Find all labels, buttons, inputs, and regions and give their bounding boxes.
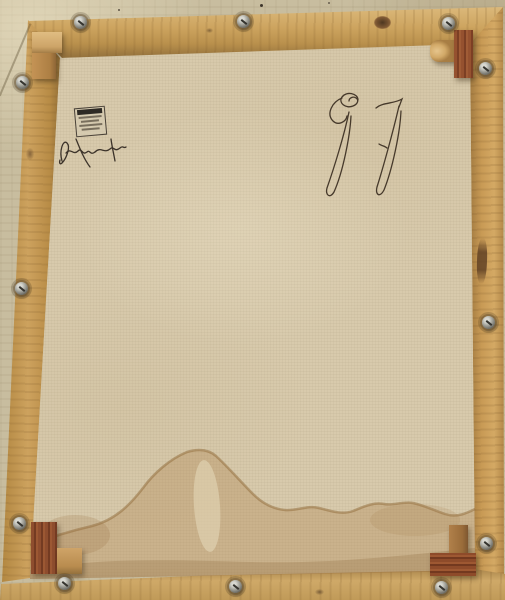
canvas-verso	[0, 0, 505, 600]
corner-wedge-top-left-a	[32, 32, 62, 53]
corner-wedge-top-right-a	[430, 40, 455, 62]
canvas-back-photo	[0, 0, 505, 600]
corner-wedge-bottom-left-a	[31, 522, 57, 574]
corner-wedge-bottom-left-b	[57, 548, 82, 574]
nail-speck-1	[260, 4, 263, 7]
screw-right-lower	[480, 537, 493, 550]
nail-speck-2	[118, 9, 120, 11]
screw-left-middle	[15, 282, 28, 295]
screw-left-upper	[16, 76, 29, 89]
inscription-97	[316, 84, 412, 208]
wood-knot-bottom-bar	[315, 589, 324, 595]
artist-signature	[54, 127, 130, 171]
wood-knot-left-bar	[26, 148, 34, 160]
screw-bottom-center	[229, 580, 242, 593]
corner-wedge-top-left-b	[32, 53, 56, 79]
corner-wedge-top-right-b	[454, 30, 473, 78]
screw-right-middle	[482, 316, 495, 329]
corner-wedge-bottom-right-b	[430, 553, 476, 576]
screw-top-center	[237, 15, 250, 28]
stamp-text-line	[81, 119, 99, 123]
screw-right-upper	[479, 62, 492, 75]
screw-bottom-right	[435, 581, 448, 594]
screw-top-left	[74, 16, 87, 29]
screw-bottom-left	[58, 577, 71, 590]
wood-knot-top-bar	[374, 16, 391, 29]
stamp-header-bar	[77, 108, 102, 115]
screw-left-lower	[13, 517, 26, 530]
nail-speck-3	[328, 2, 330, 4]
wood-knot-top-bar-small	[206, 28, 213, 33]
screw-top-right	[442, 17, 455, 30]
